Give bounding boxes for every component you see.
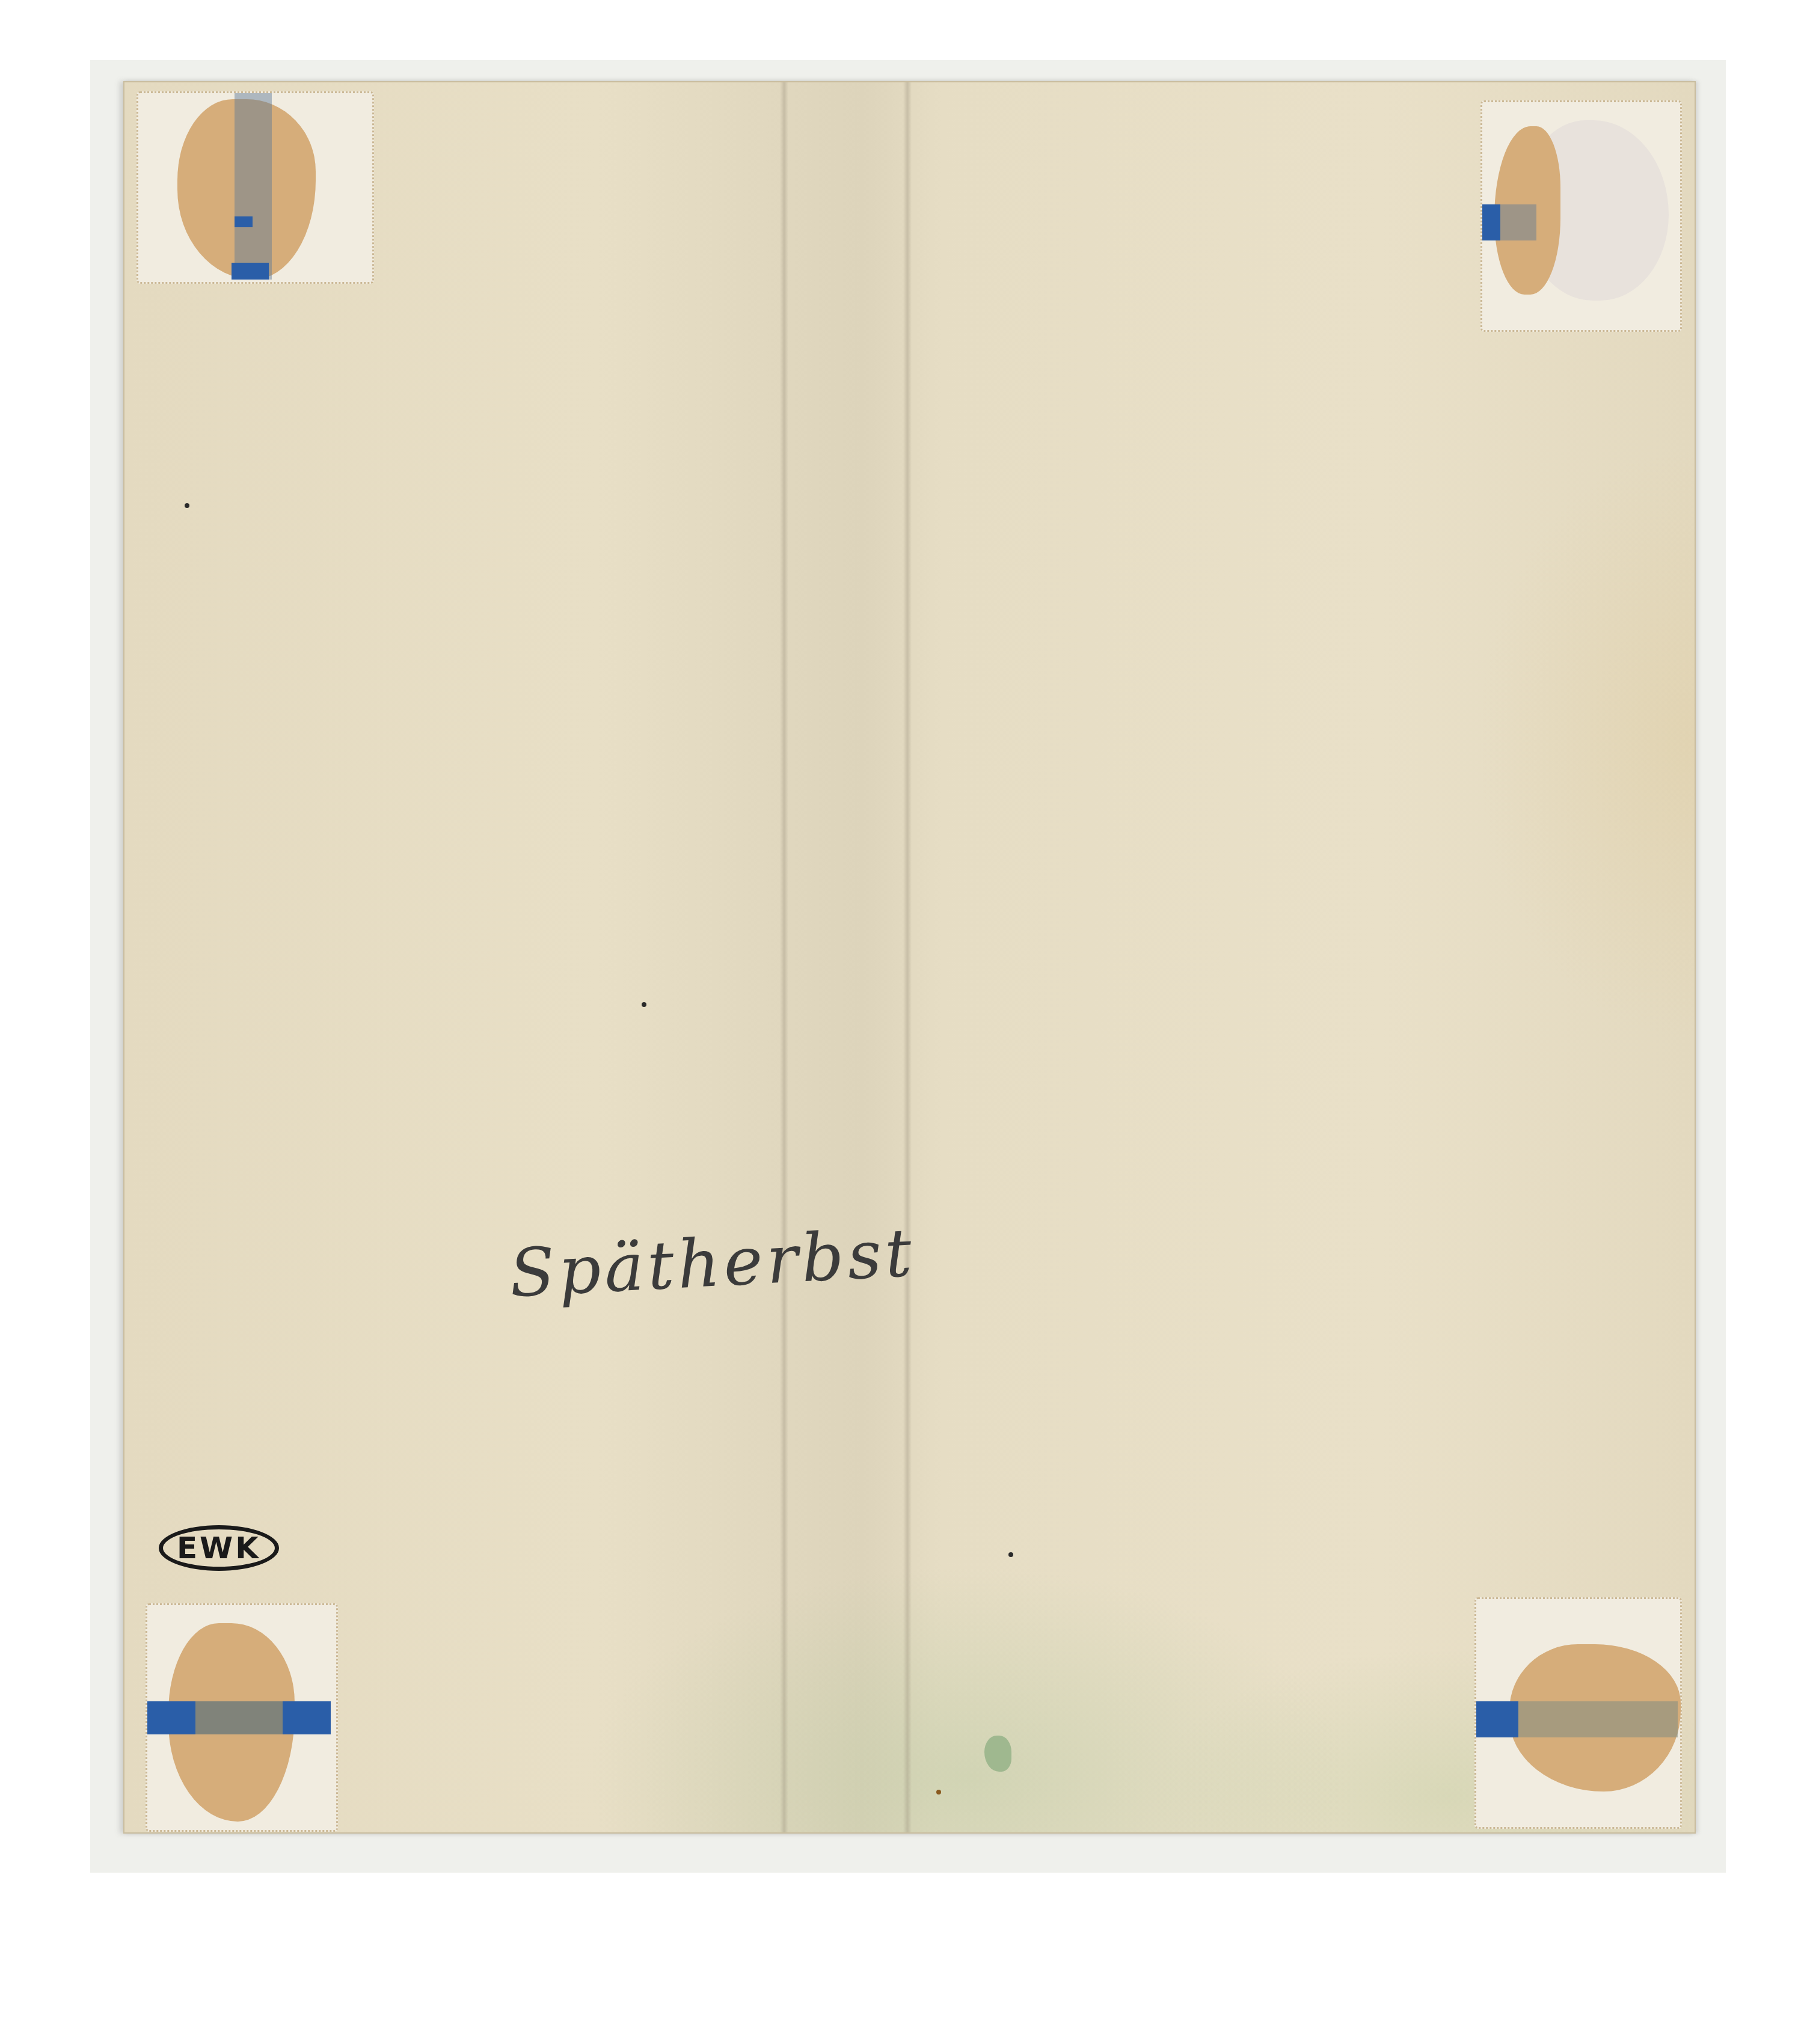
tape-strip (1518, 1701, 1678, 1737)
speck (642, 1002, 646, 1007)
speck (936, 1790, 941, 1795)
speck (1008, 1552, 1013, 1557)
blue-tape-fragment (232, 263, 269, 280)
green-stain (984, 1736, 1011, 1772)
collector-stamp: EWK (159, 1525, 279, 1571)
hinge-bottom-right (1474, 1597, 1682, 1829)
collector-stamp-text: EWK (177, 1531, 261, 1565)
speck (185, 503, 189, 508)
tape-strip (1500, 204, 1536, 240)
blue-tape-fragment (235, 216, 253, 227)
tape-strip (195, 1701, 283, 1734)
blue-tape-fragment (1482, 204, 1500, 240)
paper-sheet-verso: Spätherbst EWK (123, 81, 1696, 1834)
hinge-top-left (137, 91, 374, 284)
pencil-inscription: Spätherbst (508, 1214, 917, 1312)
hinge-top-right (1480, 100, 1682, 332)
fold-line (780, 82, 788, 1832)
blue-tape-band (1476, 1701, 1518, 1737)
hinge-bottom-left (146, 1603, 338, 1832)
fold-line (903, 82, 912, 1832)
tape-strip (235, 93, 272, 280)
